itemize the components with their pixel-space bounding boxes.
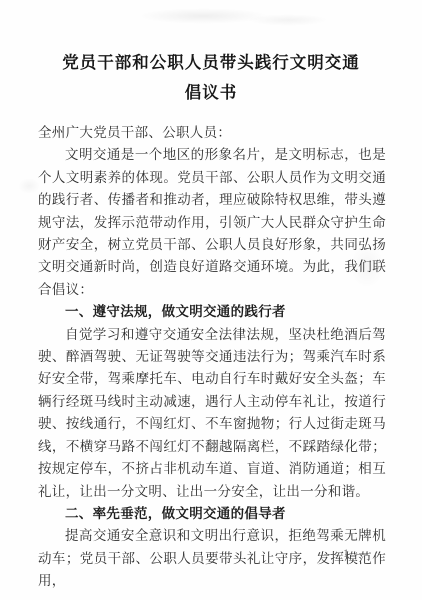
scan-artifact bbox=[18, 178, 40, 194]
salutation: 全州广大党员干部、公职人员： bbox=[38, 122, 386, 144]
document-body: 全州广大党员干部、公职人员： 文明交通是一个地区的形象名片，是文明标志，也是个人… bbox=[38, 122, 386, 593]
document-title-line-1: 党员干部和公职人员带头践行文明交通 bbox=[30, 48, 392, 78]
paragraph-intro: 文明交通是一个地区的形象名片，是文明标志，也是个人文明素养的体现。党员干部、公职… bbox=[38, 144, 386, 301]
section-heading-1: 一、遵守法规，做文明交通的践行者 bbox=[38, 301, 386, 323]
page-number: — 1 — bbox=[324, 546, 370, 561]
scan-artifact bbox=[138, 8, 268, 24]
scan-artifact bbox=[248, 14, 328, 26]
document-page: 党员干部和公职人员带头践行文明交通 倡议书 全州广大党员干部、公职人员： 文明交… bbox=[0, 0, 422, 600]
document-title: 党员干部和公职人员带头践行文明交通 倡议书 bbox=[30, 48, 392, 108]
paragraph-section-1: 自觉学习和遵守交通安全法律法规，坚决杜绝酒后驾驶、醉酒驾驶、无证驾驶等交通违法行… bbox=[38, 324, 386, 503]
section-heading-2: 二、率先垂范，做文明交通的倡导者 bbox=[38, 503, 386, 525]
document-title-line-2: 倡议书 bbox=[30, 78, 392, 108]
